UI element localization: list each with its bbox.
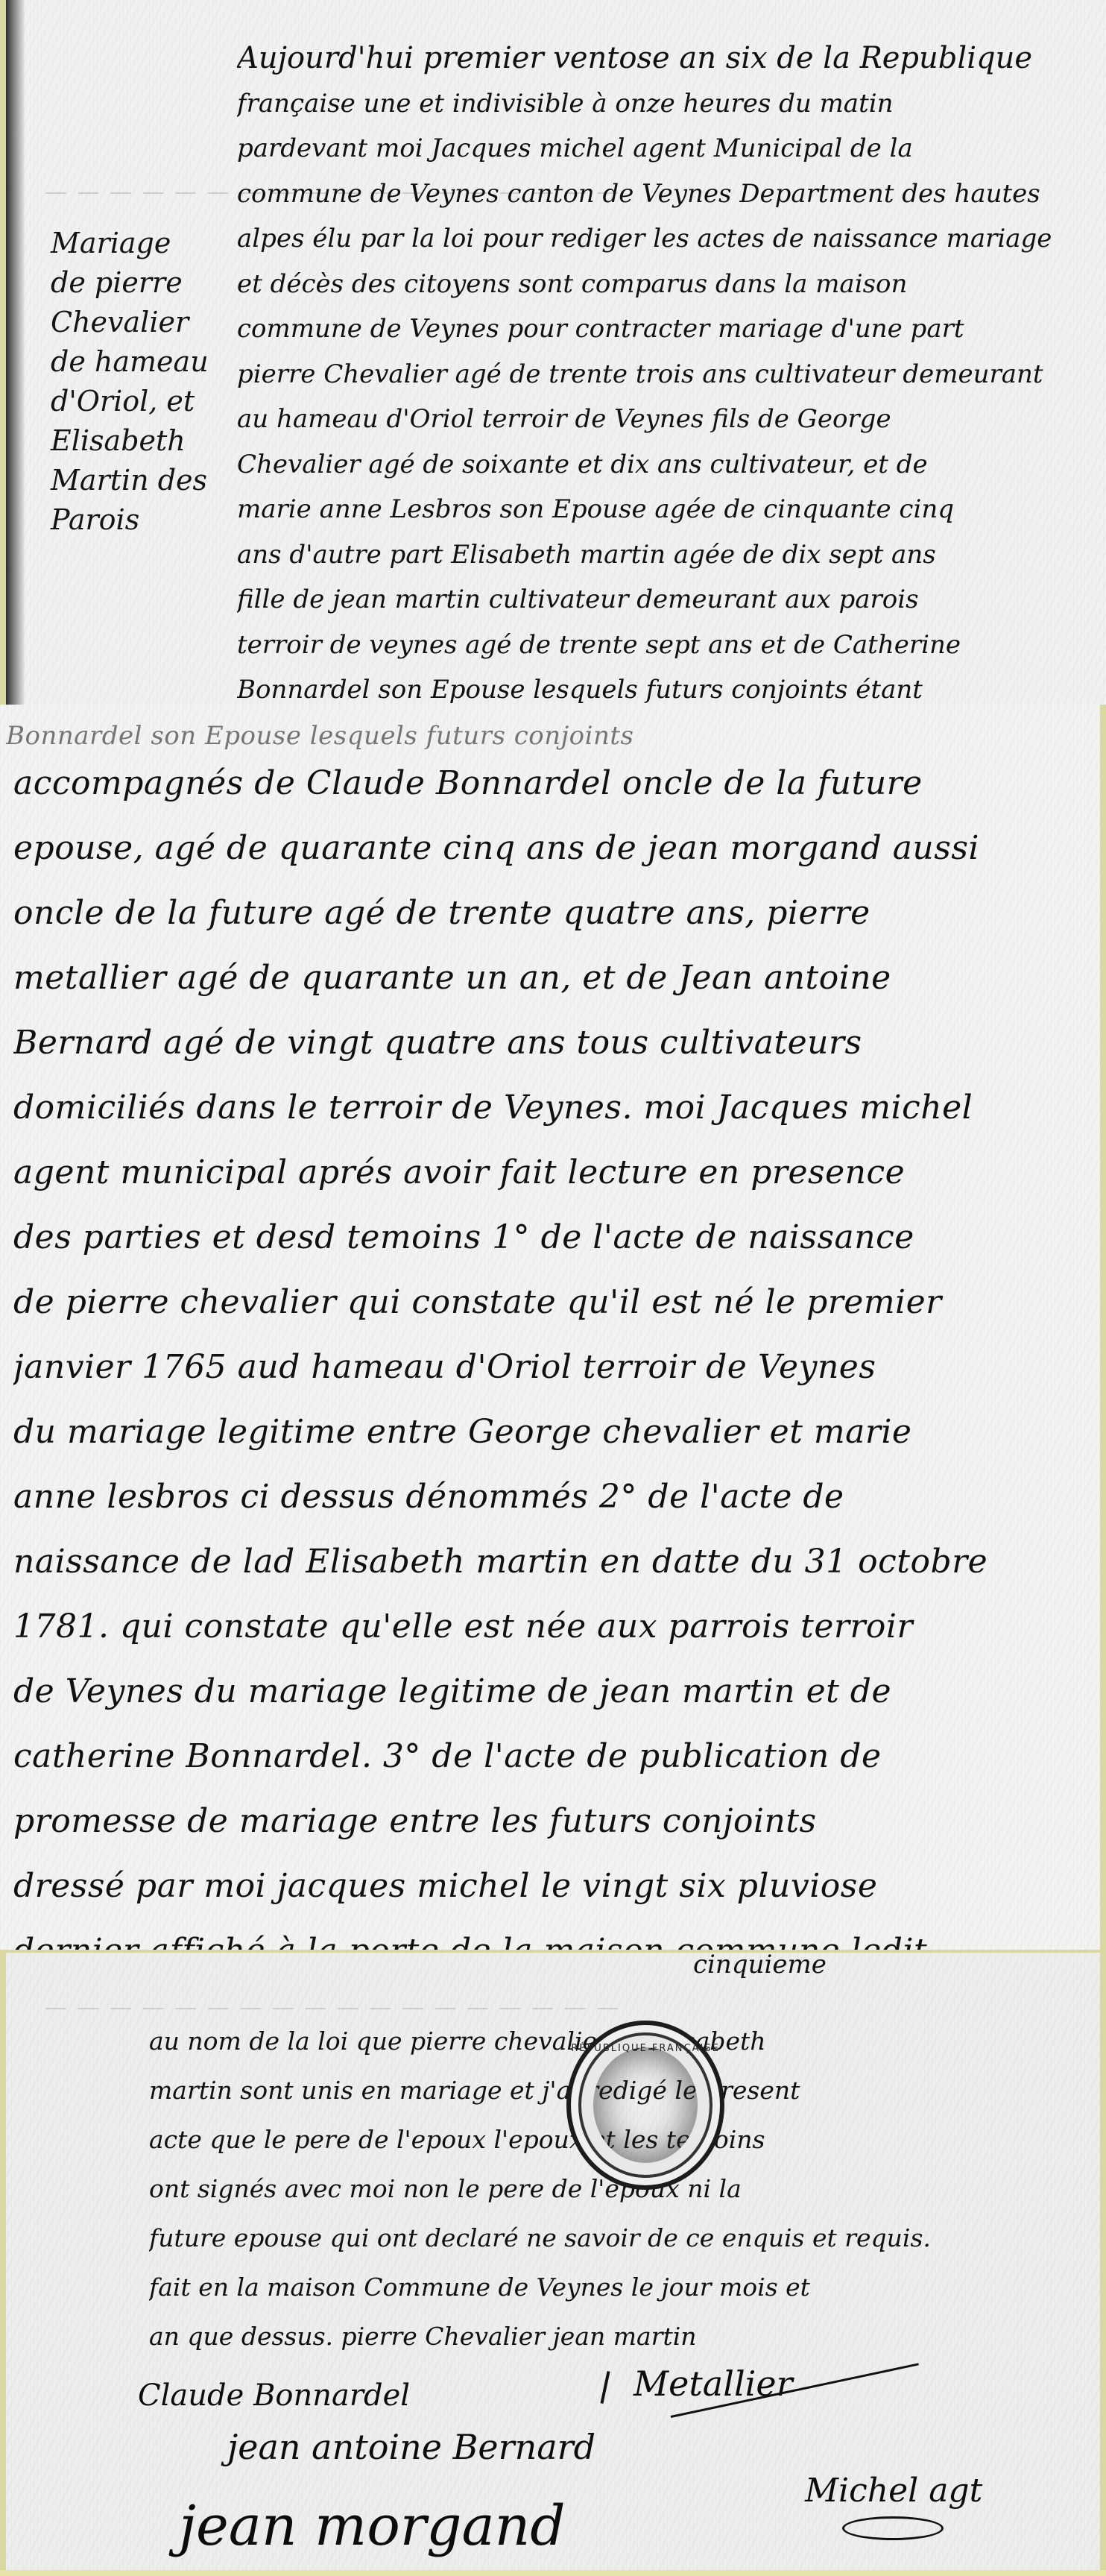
margin-note-line: Martin des <box>51 461 207 500</box>
margin-note: Mariage de pierre Chevalier de hameau d'… <box>51 224 207 540</box>
text-line: Chevalier agé de soixante et dix ans cul… <box>237 442 1094 488</box>
text-line: des parties et desd temoins 1° de l'acte… <box>13 1205 1094 1270</box>
text-line: naissance de lad Elisabeth martin en dat… <box>13 1529 1094 1594</box>
page-strip-middle: Bonnardel son Epouse lesquels futurs con… <box>0 705 1106 1950</box>
scan-border-right <box>1100 705 1106 1950</box>
text-line: anne lesbros ci dessus dénommés 2° de l'… <box>13 1464 1094 1529</box>
text-line: 1781. qui constate qu'elle est née aux p… <box>13 1594 1094 1659</box>
page-ordinal: cinquieme <box>693 1950 827 1980</box>
text-line: commune de Veynes pour contracter mariag… <box>237 306 1094 352</box>
text-line: catherine Bonnardel. 3° de l'acte de pub… <box>13 1724 1094 1789</box>
text-line: alpes élu par la loi pour rediger les ac… <box>237 216 1094 262</box>
text-line: epouse, agé de quarante cinq ans de jean… <box>13 816 1094 881</box>
binding-shadow <box>6 0 25 705</box>
text-line: de Veynes du mariage legitime de jean ma… <box>13 1659 1094 1724</box>
text-line: pardevant moi Jacques michel agent Munic… <box>237 126 1094 171</box>
text-line: domiciliés dans le terroir de Veynes. mo… <box>13 1075 1094 1140</box>
signature-metallier: Metallier <box>633 2364 793 2404</box>
text-line: du mariage legitime entre George chevali… <box>13 1399 1094 1464</box>
text-line: an que dessus. pierre Chevalier jean mar… <box>149 2312 1088 2361</box>
text-line: Bonnardel son Epouse lesquels futurs con… <box>237 667 1094 705</box>
margin-note-line: Elisabeth <box>51 421 207 461</box>
page-strip-top: — — — — — — — — — — — — — — — — — — Mari… <box>0 0 1106 705</box>
text-line: au hameau d'Oriol terroir de Veynes fils… <box>237 397 1094 442</box>
text-line: pierre Chevalier agé de trente trois ans… <box>237 352 1094 397</box>
text-line: ans d'autre part Elisabeth martin agée d… <box>237 532 1094 578</box>
text-line: fille de jean martin cultivateur demeura… <box>237 577 1094 623</box>
margin-note-line: de pierre <box>51 263 207 303</box>
signature-jean-antoine-bernard: jean antoine Bernard <box>227 2427 595 2467</box>
text-line: metallier agé de quarante un an, et de J… <box>13 945 1094 1010</box>
text-line: marie anne Lesbros son Epouse agée de ci… <box>237 487 1094 532</box>
signature-flourish <box>842 2516 944 2540</box>
seal-text: RÉPUBLIQUE FRANÇAISE <box>571 2043 720 2054</box>
text-line: janvier 1765 aud hameau d'Oriol terroir … <box>13 1335 1094 1399</box>
signature-jean-morgand: jean morgand <box>179 2494 566 2558</box>
text-line: Bonnardel son Epouse lesquels futurs con… <box>6 721 1094 751</box>
record-text-middle: Bonnardel son Epouse lesquels futurs con… <box>13 721 1094 1950</box>
margin-note-line: Chevalier <box>51 303 207 342</box>
text-line: promesse de mariage entre les futurs con… <box>13 1789 1094 1854</box>
text-line: commune de Veynes canton de Veynes Depar… <box>237 171 1094 217</box>
margin-note-line: de hameau <box>51 342 207 382</box>
text-line: oncle de la future agé de trente quatre … <box>13 881 1094 945</box>
signature-michel-agent: Michel agt <box>805 2472 982 2510</box>
margin-note-line: d'Oriol, et <box>51 382 207 421</box>
text-line: fait en la maison Commune de Veynes le j… <box>149 2263 1088 2312</box>
text-line: Bernard agé de vingt quatre ans tous cul… <box>13 1010 1094 1075</box>
margin-note-line: Mariage <box>51 224 207 263</box>
text-line: accompagnés de Claude Bonnardel oncle de… <box>13 751 1094 816</box>
text-line: française une et indivisible à onze heur… <box>237 81 1094 127</box>
text-line: dressé par moi jacques michel le vingt s… <box>13 1854 1094 1918</box>
signature-claude-bonnardel: Claude Bonnardel <box>138 2378 410 2413</box>
text-line: dernier affiché à la porte de la maison … <box>13 1918 1094 1950</box>
margin-note-line: Parois <box>51 500 207 540</box>
official-seal-stamp: RÉPUBLIQUE FRANÇAISE <box>566 2021 724 2190</box>
text-line: terroir de veynes agé de trente sept ans… <box>237 623 1094 668</box>
text-line: future epouse qui ont declaré ne savoir … <box>149 2214 1088 2263</box>
text-line: et décès des citoyens sont comparus dans… <box>237 262 1094 307</box>
scan-border-left <box>0 0 6 705</box>
text-line: Aujourd'hui premier ventose an six de la… <box>237 36 1094 81</box>
text-line: de pierre chevalier qui constate qu'il e… <box>13 1270 1094 1335</box>
record-text-top: Aujourd'hui premier ventose an six de la… <box>237 36 1094 705</box>
page-strip-bottom: — — — — — — — — — — — — — — — — — — cinq… <box>0 1950 1106 2576</box>
text-line: agent municipal aprés avoir fait lecture… <box>13 1140 1094 1205</box>
